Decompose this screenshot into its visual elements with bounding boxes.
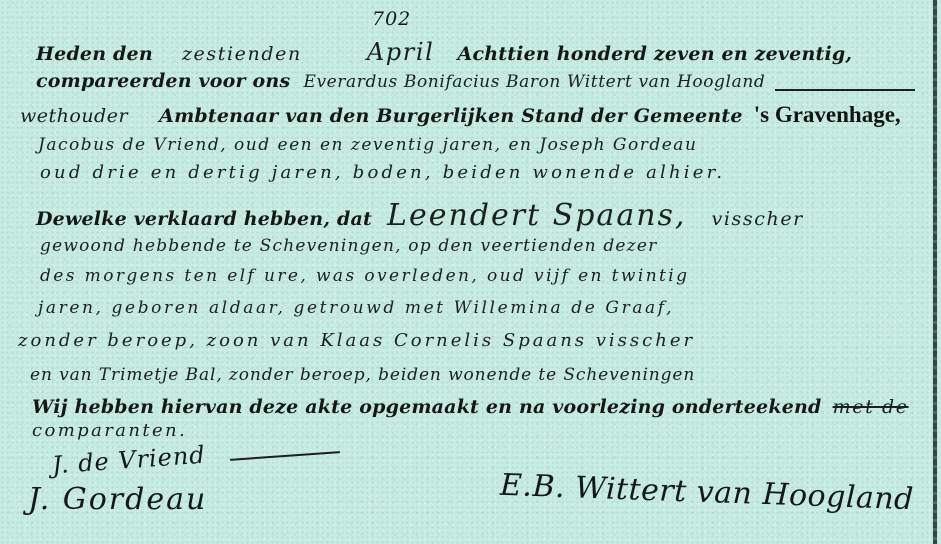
fill-line bbox=[775, 89, 915, 91]
printed-text: Ambtenaar van den Burgerlijken Stand der… bbox=[159, 105, 743, 127]
text-line-10: zonder beroep, zoon van Klaas Cornelis S… bbox=[18, 330, 695, 351]
text-line-6: Dewelke verklaard hebben, dat Leendert S… bbox=[36, 198, 804, 233]
printed-text: Achttien honderd zeven en zeventig, bbox=[458, 43, 853, 65]
text-line-13: comparanten. bbox=[32, 420, 187, 441]
handwritten-official-name: Everardus Bonifacius Baron Wittert van H… bbox=[303, 72, 765, 92]
handwritten-parents-residence: en van Trimetje Bal, zonder beroep, beid… bbox=[30, 365, 695, 385]
handwritten-date-month: April bbox=[367, 38, 435, 66]
printed-text: compareerden voor ons bbox=[36, 70, 290, 92]
text-line-8: des morgens ten elf ure, was overleden, … bbox=[40, 266, 689, 286]
printed-closing-text: Wij hebben hiervan deze akte opgemaakt e… bbox=[32, 396, 822, 418]
handwritten-closing: comparanten. bbox=[32, 420, 187, 441]
handwritten-birth-marriage: jaren, geboren aldaar, getrouwd met Will… bbox=[38, 298, 674, 318]
page-edge-border bbox=[933, 0, 937, 544]
handwritten-witnesses: Jacobus de Vriend, oud een en zeventig j… bbox=[38, 135, 697, 155]
signature-witness-2: J. Gordeau bbox=[28, 482, 207, 517]
signature-official: E.B. Wittert van Hoogland bbox=[500, 468, 915, 517]
handwritten-witness-details: oud drie en dertig jaren, boden, beiden … bbox=[40, 162, 725, 183]
record-number: 702 bbox=[372, 8, 411, 30]
handwritten-struck-text: met de bbox=[833, 396, 909, 418]
signature-witness-1: J. de Vriend bbox=[51, 441, 206, 480]
printed-text: Heden den bbox=[36, 43, 153, 65]
handwritten-occupation: visscher bbox=[712, 208, 804, 230]
text-line-4: Jacobus de Vriend, oud een en zeventig j… bbox=[38, 135, 697, 155]
text-line-3: wethouder Ambtenaar van den Burgerlijken… bbox=[20, 102, 901, 128]
text-line-7: gewoond hebbende te Scheveningen, op den… bbox=[40, 236, 657, 256]
handwritten-residence: gewoond hebbende te Scheveningen, op den… bbox=[40, 236, 657, 256]
text-line-2: compareerden voor ons Everardus Bonifaci… bbox=[36, 70, 765, 92]
text-line-9: jaren, geboren aldaar, getrouwd met Will… bbox=[38, 298, 674, 318]
printed-municipality: 's Gravenhage, bbox=[754, 102, 901, 128]
handwritten-date-day: zestienden bbox=[182, 43, 302, 65]
printed-text: Dewelke verklaard hebben, dat bbox=[36, 208, 372, 230]
text-line-5: oud drie en dertig jaren, boden, beiden … bbox=[40, 162, 725, 183]
handwritten-title: wethouder bbox=[20, 105, 128, 127]
signature-flourish bbox=[230, 451, 340, 460]
handwritten-time-of-death: des morgens ten elf ure, was overleden, … bbox=[40, 266, 689, 286]
text-line-12: Wij hebben hiervan deze akte opgemaakt e… bbox=[32, 396, 909, 418]
handwritten-parents: zonder beroep, zoon van Klaas Cornelis S… bbox=[18, 330, 695, 351]
text-line-11: en van Trimetje Bal, zonder beroep, beid… bbox=[30, 365, 695, 385]
text-line-1: Heden den zestienden April Achttien hond… bbox=[36, 38, 852, 66]
handwritten-deceased-name: Leendert Spaans, bbox=[387, 198, 686, 233]
